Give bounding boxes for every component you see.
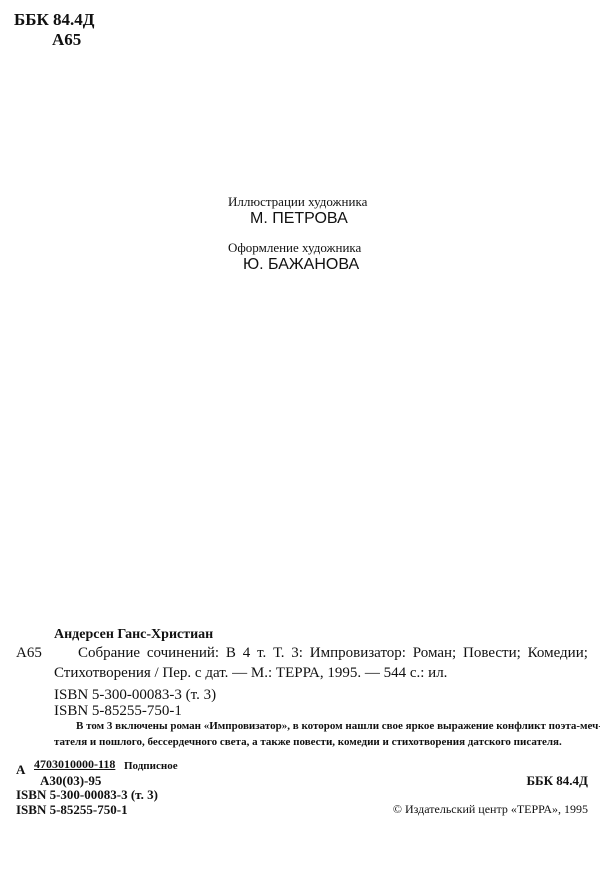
description-word: Роман; — [413, 645, 456, 662]
isbn-series: ISBN 5-85255-750-1 — [54, 703, 182, 720]
imprint-bbk: ББК 84.4Д — [526, 773, 588, 789]
copyright-notice: © Издательский центр «ТЕРРА», 1995 — [393, 802, 588, 817]
description-word: Комедии; — [528, 645, 588, 662]
description-word: Повести; — [463, 645, 521, 662]
annotation-line-1: В том 3 включены роман «Импровизатор», в… — [76, 720, 586, 732]
description-line-1: Собраниесочинений:В4т.Т.3:Импровизатор:Р… — [78, 645, 588, 662]
author-heading: Андерсен Ганс-Христиан — [54, 627, 213, 643]
imprint-isbn-series: ISBN 5-85255-750-1 — [16, 802, 128, 818]
description-word: сочинений: — [147, 645, 219, 662]
bbk-index: ББК 84.4Д — [14, 10, 95, 30]
description-word: т. — [257, 645, 266, 662]
description-word: 3: — [291, 645, 303, 662]
author-sign: А65 — [52, 30, 81, 50]
imprint-code: 4703010000-118 — [34, 757, 115, 772]
description-word: В — [226, 645, 236, 662]
description-word: Т. — [273, 645, 284, 662]
design-artist: Ю. БАЖАНОВА — [243, 256, 359, 274]
annotation-line-2: тателя и пошлого, бессердечного света, а… — [54, 736, 562, 748]
isbn-volume: ISBN 5-300-00083-3 (т. 3) — [54, 687, 216, 704]
description-word: Собрание — [78, 645, 140, 662]
description-word: 4 — [243, 645, 251, 662]
design-label: Оформление художника — [228, 240, 361, 256]
description-line-2: Стихотворения / Пер. с дат. — М.: ТЕРРА,… — [54, 665, 447, 682]
illustrations-artist: М. ПЕТРОВА — [250, 210, 348, 228]
catalog-code: А65 — [16, 645, 42, 662]
description-word: Импровизатор: — [310, 645, 406, 662]
subscription-label: Подписное — [124, 760, 178, 772]
imprint-letter: А — [16, 762, 25, 778]
illustrations-label: Иллюстрации художника — [228, 194, 367, 210]
imprint-isbn-volume: ISBN 5-300-00083-3 (т. 3) — [16, 787, 158, 803]
